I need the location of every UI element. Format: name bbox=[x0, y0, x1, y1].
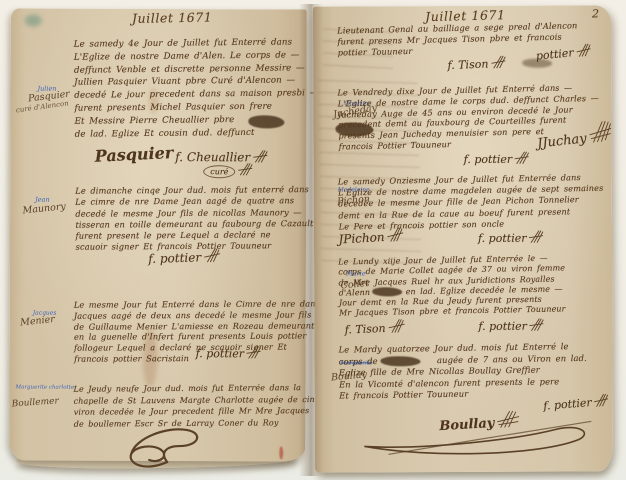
paraph-flourish-icon bbox=[237, 162, 253, 176]
paraph-flourish-icon bbox=[203, 248, 221, 264]
paraph-flourish-large bbox=[115, 422, 215, 472]
left-page: Juillet 1671 Julien Pasquier curé d'Alen… bbox=[9, 8, 307, 461]
paraph-flourish-large bbox=[359, 415, 599, 458]
ink-smudge bbox=[522, 59, 552, 68]
paraph-flourish-icon bbox=[386, 227, 405, 243]
paraph-flourish-icon bbox=[490, 55, 507, 70]
paraph-flourish-icon bbox=[587, 119, 613, 143]
paraph-flourish-icon bbox=[575, 43, 592, 58]
signature-text: f. pottier bbox=[478, 320, 527, 333]
left-page-header: Juillet 1671 bbox=[132, 10, 213, 26]
paraph-flourish-icon bbox=[529, 318, 545, 332]
signature-text: JJuchay bbox=[536, 131, 587, 151]
signature-text: f. pottier bbox=[148, 250, 201, 266]
paraph-flourish-icon bbox=[528, 230, 544, 244]
red-mark bbox=[279, 446, 283, 459]
paraph-flourish-icon bbox=[246, 345, 262, 359]
margin-note-blue: Marguerite charlotte bbox=[15, 385, 74, 391]
teal-smudge bbox=[25, 15, 42, 27]
signature: f. Tison bbox=[344, 318, 405, 336]
signature: curé bbox=[203, 162, 253, 176]
page-number: 2 bbox=[592, 7, 599, 20]
signature-text: f. pottier bbox=[196, 347, 245, 360]
ink-blot bbox=[381, 356, 421, 366]
burial-entry-text: Le dimanche cinqe Jour dud. mois fut ent… bbox=[75, 184, 313, 253]
ink-blot bbox=[248, 115, 284, 128]
signature: f. pottier bbox=[196, 345, 263, 360]
burial-entry-text: Le Mardy quatorzee Jour dud. mois fut En… bbox=[338, 341, 587, 403]
signature: f. Tison bbox=[447, 55, 506, 72]
paraph-flourish-icon bbox=[387, 318, 406, 334]
margin-note-name: Menier bbox=[20, 314, 56, 328]
signature: f. pottier bbox=[478, 230, 545, 245]
signature: f. pottier bbox=[148, 248, 221, 266]
signature-text: JPichon bbox=[338, 230, 385, 247]
burial-entry-text: Le Lundy xiije Jour de Juillet fut Enter… bbox=[338, 253, 566, 319]
signature: f. pottier bbox=[478, 318, 545, 333]
signature-text: f. Tison bbox=[344, 322, 385, 337]
burial-entry-text: Le samedy Onziesme Jour de Juillet fut E… bbox=[338, 172, 604, 233]
ink-blot bbox=[372, 287, 402, 296]
margin-note-name: Maunory bbox=[22, 201, 66, 216]
book-spine-gutter bbox=[299, 4, 323, 476]
paraph-flourish-icon bbox=[514, 151, 530, 165]
signature-text: f. pottier bbox=[478, 232, 527, 245]
signature: f. pottier bbox=[464, 151, 531, 166]
paraph-flourish-icon bbox=[252, 149, 268, 163]
signature-text: f. pottier bbox=[464, 153, 513, 166]
signature-text: curé bbox=[203, 165, 235, 178]
signature-text: f. pottier bbox=[543, 396, 592, 413]
manuscript-scan: Juillet 1671 Julien Pasquier curé d'Alen… bbox=[0, 0, 626, 480]
signature: Pasquier bbox=[94, 143, 173, 166]
signature-text: f. Tison bbox=[447, 57, 488, 72]
margin-note-name: Boullemer bbox=[11, 396, 59, 409]
paraph-flourish-icon bbox=[593, 393, 610, 408]
right-page: Juillet 1671 2 Lieutenant Genal au baill… bbox=[313, 5, 613, 472]
